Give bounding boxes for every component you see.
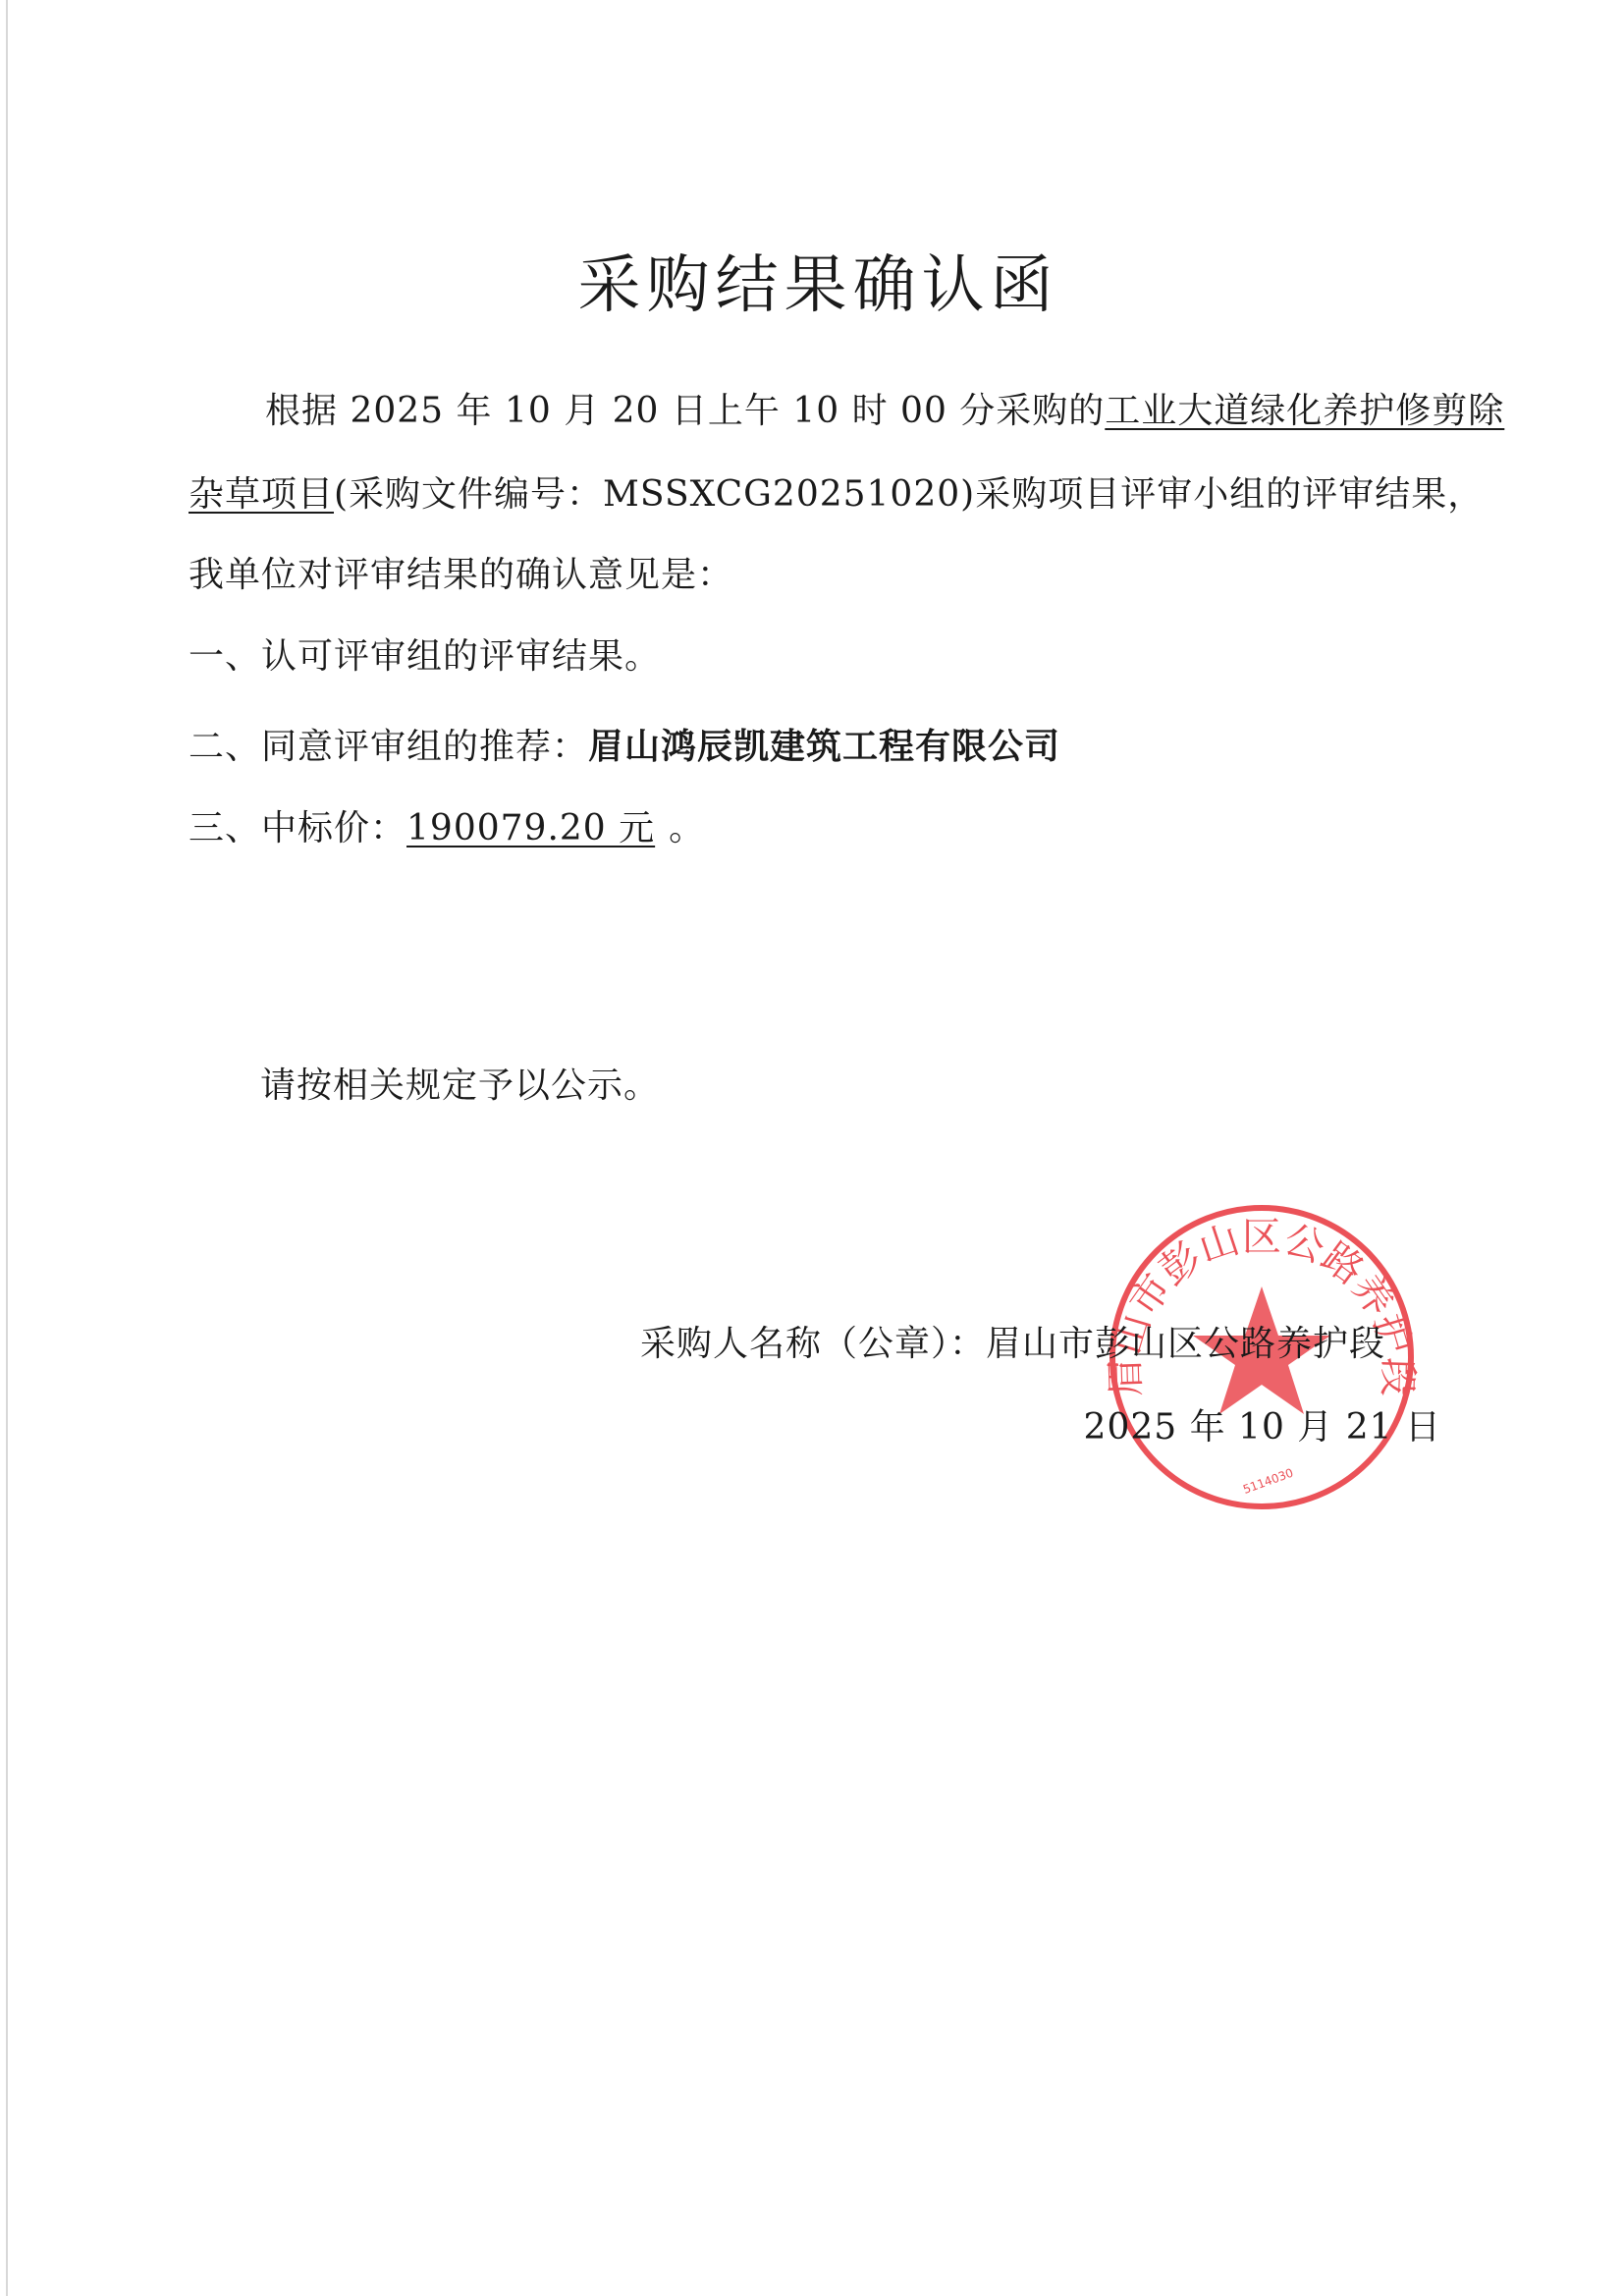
- signature-label: 采购人名称（公章）：: [640, 1324, 986, 1364]
- svg-text:5114030: 5114030: [1241, 1466, 1295, 1497]
- paragraph-line-3: 我单位对评审结果的确认意见是：: [189, 547, 733, 597]
- item-3: 三、中标价：190079.20 元。: [189, 800, 705, 850]
- signature-line: 采购人名称（公章）：眉山市彭山区公路养护段: [640, 1316, 1385, 1366]
- winning-price: 190079.20 元: [406, 808, 669, 848]
- signature-date: 2025 年 10 月 21 日: [1084, 1399, 1441, 1449]
- procurement-number-text: (采购文件编号：MSSXCG20251020)采购项目评审小组的评审结果，: [334, 474, 1484, 515]
- document-title: 采购结果确认函: [0, 235, 1623, 325]
- purchaser-name: 眉山市彭山区公路养护段: [986, 1324, 1385, 1364]
- paragraph-line-1: 根据 2025 年 10 月 20 日上午 10 时 00 分采购的工业大道绿化…: [265, 383, 1504, 433]
- project-name-part2: 杂草项目: [189, 474, 334, 515]
- paragraph-prefix: 根据 2025 年 10 月 20 日上午 10 时 00 分采购的: [265, 391, 1105, 431]
- item-2-label: 二、同意评审组的推荐：: [189, 727, 588, 767]
- item-3-suffix: 。: [669, 808, 705, 848]
- item-3-label: 三、中标价：: [189, 808, 406, 848]
- item-1: 一、认可评审组的评审结果。: [189, 629, 661, 679]
- scan-edge-line: [6, 0, 8, 2296]
- closing-text: 请按相关规定予以公示。: [260, 1058, 660, 1108]
- recommended-company: 眉山鸿辰凯建筑工程有限公司: [588, 727, 1060, 767]
- item-2: 二、同意评审组的推荐：眉山鸿辰凯建筑工程有限公司: [189, 719, 1060, 769]
- paragraph-line-2: 杂草项目(采购文件编号：MSSXCG20251020)采购项目评审小组的评审结果…: [189, 466, 1484, 517]
- project-name-part1: 工业大道绿化养护修剪除: [1105, 391, 1504, 431]
